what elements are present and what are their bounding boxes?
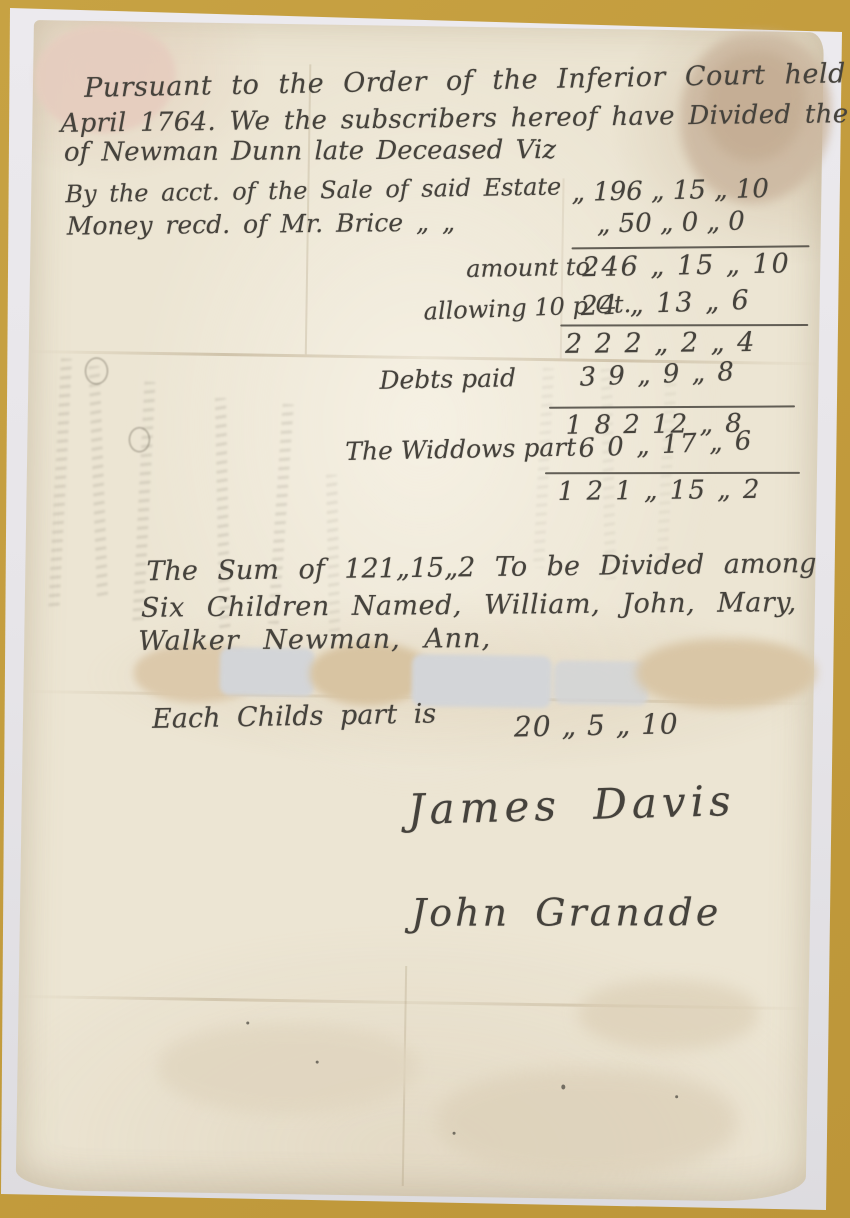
- division-paragraph-line-2: Six Children Named, William, John, Mary,: [141, 587, 797, 624]
- ledger-amount-after-allowance: 2 2 2 „ 2 „ 4: [565, 327, 757, 360]
- division-paragraph-line-3: Walker Newman, Ann,: [138, 623, 491, 657]
- ledger-amount-money-recd-brice: „ 50 „ 0 „ 0: [597, 207, 745, 240]
- ledger-amount-debts-paid: 3 9 „ 9 „ 8: [579, 357, 736, 393]
- each-childs-part-amount: 20 „ 5 „ 10: [514, 707, 679, 743]
- bleed-through-marks: [656, 375, 677, 565]
- bottom-stain-1: [157, 1022, 418, 1116]
- ink-speck: [675, 1095, 678, 1098]
- each-childs-part-label: Each Childs part is: [152, 698, 437, 734]
- signature-john-granade: John Granade: [411, 890, 721, 935]
- bleed-through-loop: [84, 357, 108, 385]
- ledger-amount-allowance: 24 „ 13 „ 6: [580, 285, 751, 322]
- sum-rule: [560, 324, 808, 326]
- bottom-stain-2: [436, 1066, 738, 1181]
- ink-speck: [316, 1061, 319, 1064]
- heading-line-3: of Newman Dunn late Deceased Viz: [64, 135, 556, 168]
- ledger-label-debts-paid: Debts paid: [379, 363, 516, 395]
- manuscript-paper: Pursuant to the Order of the Inferior Co…: [16, 20, 824, 1202]
- division-paragraph-line-1: The Sum of 121„15„2 To be Divided among: [146, 548, 816, 587]
- bleed-through-marks: [533, 368, 554, 568]
- ledger-label-amount-to: amount to: [466, 253, 590, 283]
- ledger-amount-children-total: 1 2 1 „ 15 „ 2: [558, 475, 762, 507]
- bottom-stain-3: [578, 979, 759, 1052]
- ink-speck: [561, 1084, 565, 1089]
- ledger-label-widows-part: The Widdows part: [345, 433, 576, 466]
- ledger-label-money-recd-brice: Money recd. of Mr. Brice „ „: [67, 208, 455, 241]
- bleed-through-marks: [89, 366, 108, 596]
- bleed-through-marks: [48, 358, 72, 608]
- repair-patch-3: [553, 660, 649, 705]
- ink-speck: [246, 1021, 249, 1024]
- ink-speck: [453, 1132, 456, 1135]
- ledger-label-sale-of-estate: By the acct. of the Sale of said Estate: [65, 173, 561, 209]
- sum-rule: [545, 472, 800, 474]
- ledger-amount-sale-of-estate: „ 196 „ 15 „ 10: [571, 174, 769, 208]
- ledger-amount-total: 246 „ 15 „ 10: [582, 248, 791, 283]
- signature-james-davis: James Davis: [407, 776, 736, 834]
- photographed-estate-document: { "colors": { "folder_background": "#c49…: [0, 0, 850, 1218]
